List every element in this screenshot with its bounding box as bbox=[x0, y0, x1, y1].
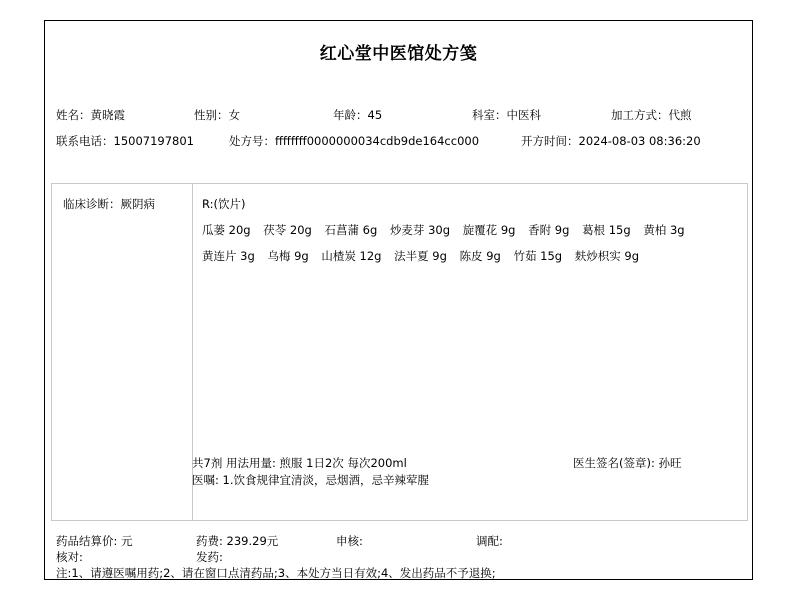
dept-label: 科室： bbox=[472, 108, 507, 122]
herb-item: 陈皮 9g bbox=[460, 249, 501, 263]
prescription-sheet: 红心堂中医馆处方笺 姓名：黄晓霞 性别：女 年龄：45 科室：中医科 加工方式：… bbox=[44, 20, 753, 580]
herb-item: 黄连片 3g bbox=[202, 249, 255, 263]
patient-age: 年龄：45 bbox=[333, 107, 382, 123]
herb-item: 茯苓 20g bbox=[263, 223, 312, 237]
rx-no-value: ffffffff0000000034cdb9de164cc000 bbox=[275, 134, 479, 148]
herb-item: 竹茹 15g bbox=[514, 249, 563, 263]
herb-item: 石菖蒲 6g bbox=[325, 223, 378, 237]
footer-note: 注:1、请遵医嘱用药;2、请在窗口点清药品;3、本处方当日有效;4、发出药品不予… bbox=[56, 565, 496, 581]
drug-fee: 药费: 239.29元 bbox=[196, 533, 278, 549]
page-title: 红心堂中医馆处方笺 bbox=[45, 39, 752, 64]
age-label: 年龄： bbox=[333, 108, 368, 122]
prescription-number: 处方号：ffffffff0000000034cdb9de164cc000 bbox=[229, 133, 479, 149]
herb-item: 旋覆花 9g bbox=[463, 223, 516, 237]
review-field: 申核: bbox=[336, 533, 363, 549]
herb-line-2: 黄连片 3g 乌梅 9g 山楂炭 12g 法半夏 9g 陈皮 9g 竹茹 15g… bbox=[202, 248, 648, 264]
prescription-box: 临床诊断：厥阴病 R:(饮片) 瓜蒌 20g 茯苓 20g 石菖蒲 6g 炒麦芽… bbox=[51, 183, 748, 521]
time-label: 开方时间： bbox=[521, 134, 579, 148]
process-label: 加工方式： bbox=[611, 108, 669, 122]
name-value: 黄晓霞 bbox=[91, 108, 126, 122]
settle-price: 药品结算价: 元 bbox=[56, 533, 133, 549]
herb-item: 山楂炭 12g bbox=[321, 249, 381, 263]
diagnosis-label: 临床诊断： bbox=[63, 197, 121, 211]
diagnosis-value: 厥阴病 bbox=[121, 197, 156, 211]
herb-item: 葛根 15g bbox=[582, 223, 631, 237]
herb-item: 法半夏 9g bbox=[394, 249, 447, 263]
issue-field: 发药: bbox=[196, 549, 223, 565]
name-label: 姓名： bbox=[56, 108, 91, 122]
prescription-time: 开方时间：2024-08-03 08:36:20 bbox=[521, 133, 701, 149]
doctor-advice: 医嘱: 1.饮食规律宜清淡，忌烟酒，忌辛辣荤腥 bbox=[192, 472, 429, 488]
herb-item: 黄柏 3g bbox=[643, 223, 684, 237]
age-value: 45 bbox=[368, 108, 383, 122]
dispense-field: 调配: bbox=[476, 533, 503, 549]
dept-value: 中医科 bbox=[507, 108, 542, 122]
process-method: 加工方式：代煎 bbox=[611, 107, 692, 123]
patient-phone: 联系电话：15007197801 bbox=[56, 133, 194, 149]
herb-item: 乌梅 9g bbox=[267, 249, 308, 263]
rx-no-label: 处方号： bbox=[229, 134, 275, 148]
herb-line-1: 瓜蒌 20g 茯苓 20g 石菖蒲 6g 炒麦芽 30g 旋覆花 9g 香附 9… bbox=[202, 222, 694, 238]
check-field: 核对: bbox=[56, 549, 83, 565]
patient-gender: 性别：女 bbox=[194, 107, 240, 123]
process-value: 代煎 bbox=[669, 108, 692, 122]
phone-value: 15007197801 bbox=[114, 134, 194, 148]
phone-label: 联系电话： bbox=[56, 134, 114, 148]
gender-value: 女 bbox=[229, 108, 241, 122]
rx-title: R:(饮片) bbox=[202, 196, 245, 212]
gender-label: 性别： bbox=[194, 108, 229, 122]
herb-item: 炒麦芽 30g bbox=[390, 223, 450, 237]
diagnosis: 临床诊断：厥阴病 bbox=[63, 196, 155, 212]
department: 科室：中医科 bbox=[472, 107, 541, 123]
herb-item: 瓜蒌 20g bbox=[202, 223, 251, 237]
usage-dosage: 共7剂 用法用量: 煎服 1日2次 每次200ml bbox=[192, 455, 407, 471]
doctor-signature: 医生签名(签章): 孙旺 bbox=[573, 455, 682, 471]
time-value: 2024-08-03 08:36:20 bbox=[579, 134, 701, 148]
herb-item: 香附 9g bbox=[528, 223, 569, 237]
herb-item: 麸炒枳实 9g bbox=[575, 249, 639, 263]
patient-name: 姓名：黄晓霞 bbox=[56, 107, 125, 123]
